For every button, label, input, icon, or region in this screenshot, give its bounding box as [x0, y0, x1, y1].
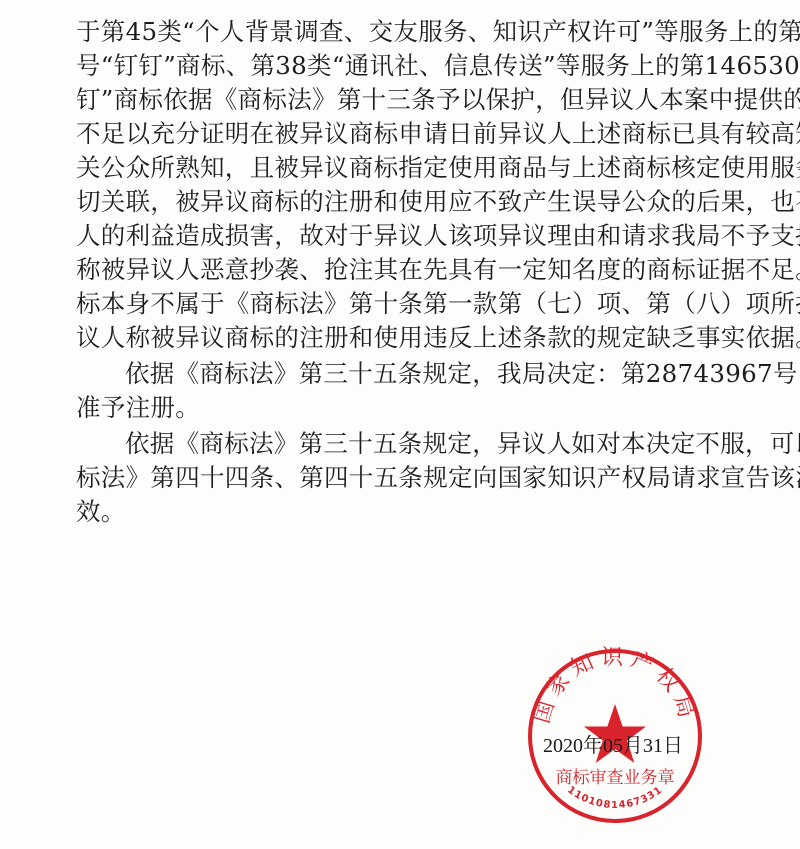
text-line: 标法》第四十四条、第四十五条规定向国家知识产权局请求宣告该注册商标无: [76, 461, 722, 495]
text-line: 依据《商标法》第三十五条规定，异议人如对本决定不服，可以依照《商: [76, 427, 722, 461]
text-line: 人的利益造成损害，故对于异议人该项异议理由和请求我局不予支持。异议人: [76, 219, 722, 253]
decision-date: 2020年05月31日: [543, 729, 683, 758]
text-line: 于第45类“个人背景调查、交友服务、知识产权许可”等服务上的第14653057: [76, 15, 722, 49]
text-line: 钉”商标依据《商标法》第十三条予以保护，但异议人本案中提供的证据资料: [76, 83, 722, 117]
text-line: 准予注册。: [76, 391, 722, 425]
paragraph-reasoning: 于第45类“个人背景调查、交友服务、知识产权许可”等服务上的第14653057 …: [76, 15, 722, 355]
text-line: 标本身不属于《商标法》第十条第一款第（七）项、第（八）项所指标志，异: [76, 287, 722, 321]
decision-body: 于第45类“个人背景调查、交友服务、知识产权许可”等服务上的第14653057 …: [76, 15, 722, 529]
text-line: 依据《商标法》第三十五条规定，我局决定：第28743967号“钉钉”商标: [76, 357, 722, 391]
text-line: 效。: [76, 495, 722, 529]
seal-number: 1101081467331: [565, 785, 665, 811]
paragraph-appeal-notice: 依据《商标法》第三十五条规定，异议人如对本决定不服，可以依照《商 标法》第四十四…: [76, 427, 722, 529]
text-line: 议人称被异议商标的注册和使用违反上述条款的规定缺乏事实依据。: [76, 321, 722, 355]
text-line: 不足以充分证明在被异议商标申请日前异议人上述商标已具有较高知名度为相: [76, 117, 722, 151]
text-line: 称被异议人恶意抄袭、抢注其在先具有一定知名度的商标证据不足。被异议商: [76, 253, 722, 287]
text-line: 切关联，被异议商标的注册和使用应不致产生误导公众的后果，也不会对异议: [76, 185, 722, 219]
document-page: 于第45类“个人背景调查、交友服务、知识产权许可”等服务上的第14653057 …: [0, 0, 800, 849]
seal-center-text: 商标审查业务章: [556, 767, 675, 788]
text-line: 号“钉钉”商标、第38类“通讯社、信息传送”等服务上的第14653060号“钉: [76, 49, 722, 83]
paragraph-decision: 依据《商标法》第三十五条规定，我局决定：第28743967号“钉钉”商标 准予注…: [76, 357, 722, 425]
text-line: 关公众所熟知，且被异议商标指定使用商品与上述商标核定使用服务不具有密: [76, 151, 722, 185]
